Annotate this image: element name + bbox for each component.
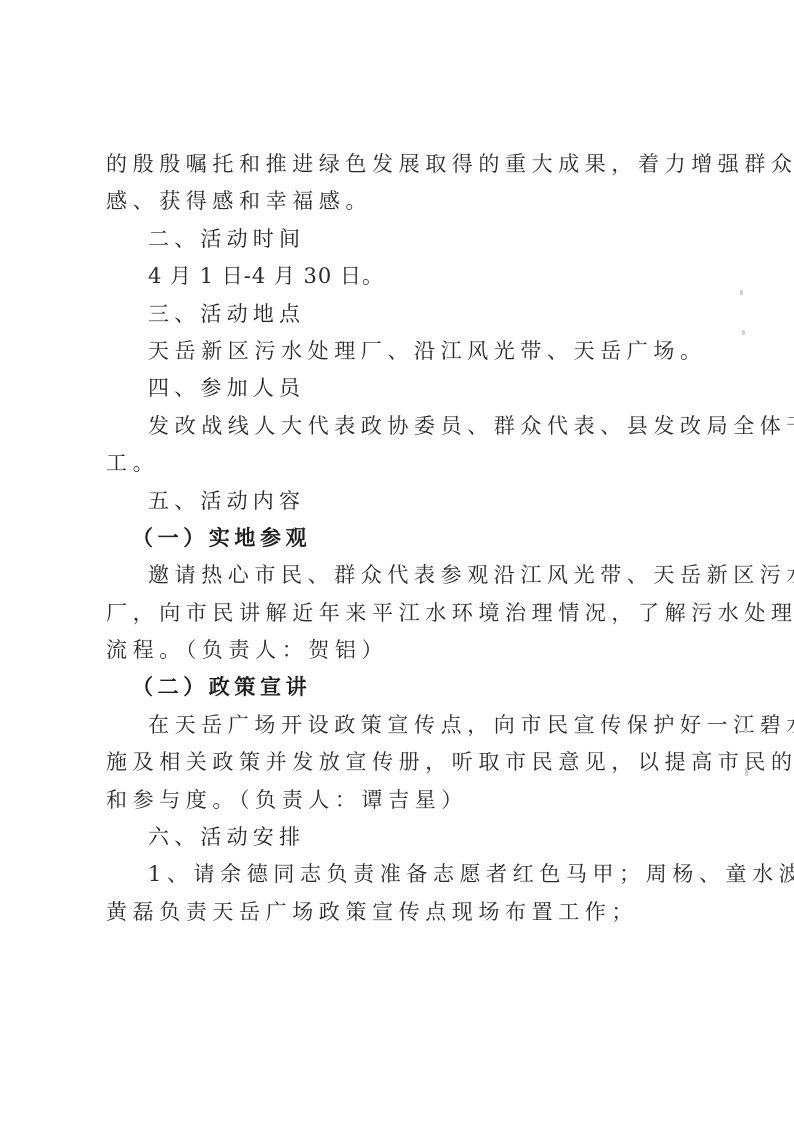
section-heading-location: 三、活动地点	[106, 296, 688, 333]
body-text-line: 的殷殷嘱托和推进绿色发展取得的重大成果，着力增强群众的体验	[106, 146, 688, 183]
participants-text-line: 发改战线人大代表政协委员、群众代表、县发改局全体干部职	[106, 408, 688, 445]
participants-text-line: 工。	[106, 445, 688, 482]
activity-time-text: 4 月 1 日-4 月 30 日。	[106, 258, 688, 295]
subheading-site-visit: （一）实地参观	[106, 520, 688, 557]
document-page: 的殷殷嘱托和推进绿色发展取得的重大成果，着力增强群众的体验 感、获得感和幸福感。…	[0, 0, 794, 1122]
scan-speck	[744, 728, 747, 733]
arrangement-text-line: 1、请余德同志负责准备志愿者红色马甲；周杨、童水波、曾罡、	[106, 856, 688, 893]
scan-speck	[745, 768, 748, 776]
site-visit-text-line: 厂，向市民讲解近年来平江水环境治理情况，了解污水处理工艺和	[106, 595, 688, 632]
policy-text-line: 和参与度。（负责人：谭吉星）	[106, 782, 688, 819]
body-text-line: 感、获得感和幸福感。	[106, 183, 688, 220]
section-heading-arrangement: 六、活动安排	[106, 819, 688, 856]
section-heading-content: 五、活动内容	[106, 483, 688, 520]
activity-location-text: 天岳新区污水处理厂、沿江风光带、天岳广场。	[106, 333, 688, 370]
arrangement-text-line: 黄磊负责天岳广场政策宣传点现场布置工作；	[106, 894, 688, 931]
scan-speck	[742, 330, 745, 335]
policy-text-line: 在天岳广场开设政策宣传点，向市民宣传保护好一江碧水的措	[106, 707, 688, 744]
subheading-policy-talk: （二）政策宣讲	[106, 669, 688, 706]
site-visit-text-line: 流程。（负责人：贺铝）	[106, 632, 688, 669]
document-body: 的殷殷嘱托和推进绿色发展取得的重大成果，着力增强群众的体验 感、获得感和幸福感。…	[106, 146, 688, 931]
site-visit-text-line: 邀请热心市民、群众代表参观沿江风光带、天岳新区污水处理	[106, 557, 688, 594]
scan-speck	[740, 290, 743, 295]
section-heading-participants: 四、参加人员	[106, 370, 688, 407]
section-heading-time: 二、活动时间	[106, 221, 688, 258]
policy-text-line: 施及相关政策并发放宣传册，听取市民意见，以提高市民的认知度	[106, 744, 688, 781]
